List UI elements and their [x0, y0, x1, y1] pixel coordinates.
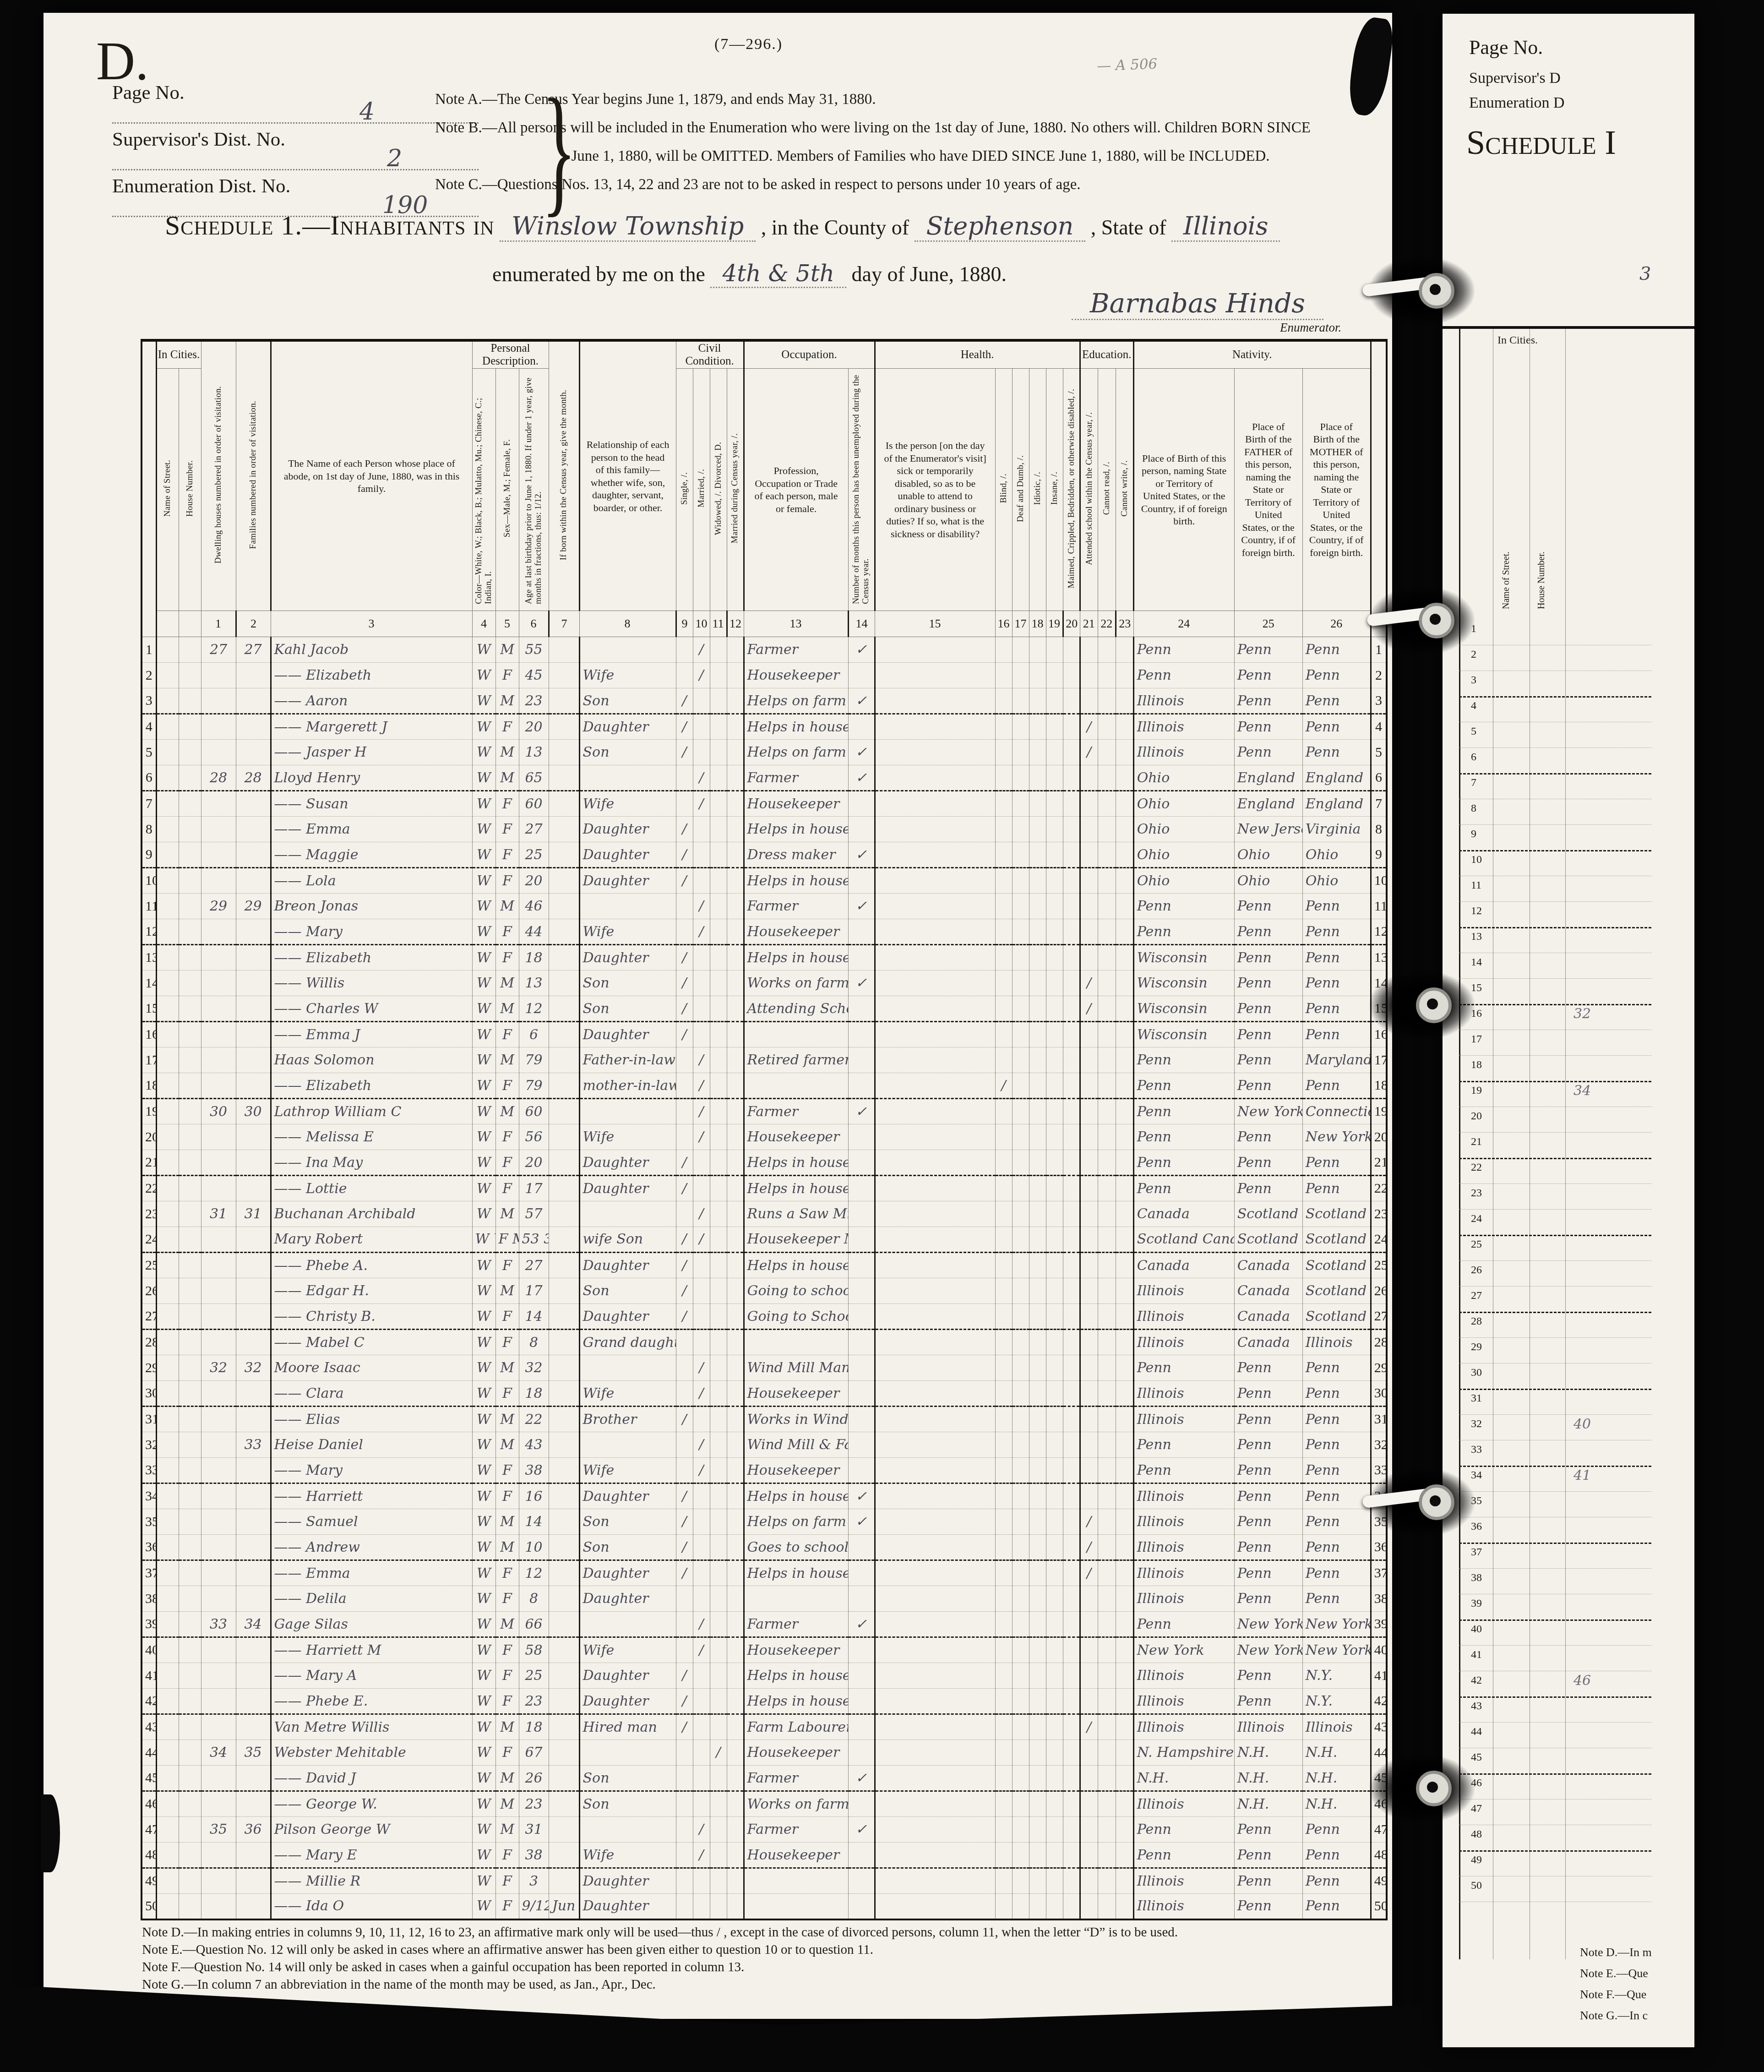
- cell-sick: [875, 971, 995, 996]
- cell-e21: /: [1080, 740, 1098, 765]
- cell-mt: Penn: [1302, 945, 1371, 971]
- cell-sx: M: [495, 1612, 519, 1637]
- cell-f: Penn: [1234, 1124, 1302, 1150]
- rp-row-number: 11: [1471, 879, 1481, 892]
- cell-occ: Farmer: [744, 637, 848, 663]
- cell-name: —— Elizabeth: [271, 945, 472, 971]
- cell-dw: [201, 1304, 236, 1330]
- column-number: 26: [1302, 611, 1371, 637]
- cell-mc: [727, 1176, 744, 1201]
- rp-row: 31: [1459, 1389, 1651, 1415]
- cell-w: [710, 1150, 727, 1176]
- cell-m: [693, 1740, 710, 1766]
- cell-ln: 22: [142, 1176, 156, 1201]
- cell-c: W: [472, 1560, 495, 1586]
- cell-ln: 25: [142, 1253, 156, 1278]
- cell-f: N.H.: [1234, 1740, 1302, 1766]
- cell-mc: [727, 1560, 744, 1586]
- census-record-row: 33—— MaryWF38Wife/HousekeeperPennPennPen…: [142, 1458, 1387, 1483]
- cell-dw: [201, 1586, 236, 1612]
- rp-row: 27: [1459, 1286, 1651, 1313]
- census-record-row: 8—— EmmaWF27Daughter/Helps in houseOhioN…: [142, 817, 1387, 842]
- cell-rn: 36: [1371, 1535, 1387, 1560]
- cell-b: Illinois: [1133, 1535, 1234, 1560]
- cell-un: [848, 1330, 875, 1355]
- cell-w: [710, 1047, 727, 1073]
- supervisor-dist-label: Supervisor's Dist. No.: [112, 129, 285, 150]
- cell-h19: [1046, 1073, 1063, 1099]
- cell-s: /: [676, 996, 693, 1022]
- cell-h18: [1029, 663, 1046, 688]
- cell-f: Penn: [1234, 945, 1302, 971]
- rp-row: 6: [1459, 747, 1651, 774]
- cell-age: 8: [519, 1586, 549, 1612]
- cell-occ: Farmer: [744, 894, 848, 919]
- col-deaf-dumb-header: Deaf and Dumb, /.: [1012, 369, 1029, 611]
- cell-occ: Helps in house: [744, 817, 848, 842]
- cell-sick: [875, 1843, 995, 1868]
- cell-rn: 2: [1371, 663, 1387, 688]
- cell-e23: [1116, 919, 1133, 945]
- cell-house: [179, 945, 201, 971]
- cell-mo: [549, 1560, 579, 1586]
- cell-occ: Going to School: [744, 1304, 848, 1330]
- cell-h17: [1012, 1663, 1029, 1689]
- cell-ln: 27: [142, 1304, 156, 1330]
- cell-m: [693, 1253, 710, 1278]
- cell-h20: [1063, 868, 1080, 894]
- cell-mc: [727, 971, 744, 996]
- cell-c: W: [472, 1817, 495, 1843]
- cell-h20: [1063, 1817, 1080, 1843]
- main-census-page: D. (7—296.) — A 506 Page No. 4 Superviso…: [44, 13, 1392, 2019]
- cell-occ: [744, 1073, 848, 1099]
- cell-w: [710, 1714, 727, 1740]
- cell-s: [676, 765, 693, 791]
- census-record-row: 15—— Charles WWM12Son/Attending School/W…: [142, 996, 1387, 1022]
- cell-e23: [1116, 1689, 1133, 1714]
- cell-h20: [1063, 919, 1080, 945]
- group-health: Health.: [875, 340, 1080, 369]
- cell-mc: [727, 791, 744, 817]
- cell-dw: [201, 1714, 236, 1740]
- cell-fam: [236, 1766, 271, 1791]
- state-value: Illinois: [1171, 212, 1280, 242]
- census-record-row: 2—— ElizabethWF45Wife/HousekeeperPennPen…: [142, 663, 1387, 688]
- cell-mo: [549, 1381, 579, 1407]
- cell-mt: Penn: [1302, 996, 1371, 1022]
- cell-e21: [1080, 1586, 1098, 1612]
- rp-row-number: 38: [1471, 1572, 1482, 1584]
- cell-sick: [875, 1509, 995, 1535]
- cell-w: [710, 1304, 727, 1330]
- cell-h17: [1012, 1099, 1029, 1124]
- cell-occ: Farmer: [744, 1612, 848, 1637]
- cell-h17: [1012, 1637, 1029, 1663]
- census-record-row: 40—— Harriett MWF58Wife/HousekeeperNew Y…: [142, 1637, 1387, 1663]
- cell-s: /: [676, 868, 693, 894]
- cell-sx: F: [495, 663, 519, 688]
- cell-mc: [727, 1817, 744, 1843]
- cell-c: W: [472, 1689, 495, 1714]
- cell-h17: [1012, 1894, 1029, 1919]
- cell-m: [693, 945, 710, 971]
- cell-mc: [727, 688, 744, 714]
- cell-f: Penn: [1234, 1381, 1302, 1407]
- cell-occ: Helps on farm: [744, 1509, 848, 1535]
- cell-un: [848, 1637, 875, 1663]
- cell-rn: 7: [1371, 791, 1387, 817]
- cell-mo: [549, 817, 579, 842]
- cell-b: New York: [1133, 1637, 1234, 1663]
- cell-h17: [1012, 1766, 1029, 1791]
- cell-street: [156, 842, 179, 868]
- rp-row: 23: [1459, 1183, 1651, 1210]
- cell-e21: [1080, 688, 1098, 714]
- cell-h17: [1012, 1201, 1029, 1227]
- cell-ln: 2: [142, 663, 156, 688]
- census-record-row: 27—— Christy B.WF14Daughter/Going to Sch…: [142, 1304, 1387, 1330]
- cell-house: [179, 1766, 201, 1791]
- cell-s: [676, 1817, 693, 1843]
- column-number: 21: [1080, 611, 1098, 637]
- cell-mc: [727, 894, 744, 919]
- cell-house: [179, 1714, 201, 1740]
- cell-e23: [1116, 1740, 1133, 1766]
- cell-h20: [1063, 1407, 1080, 1432]
- cell-f: Penn: [1234, 1432, 1302, 1458]
- cell-s: /: [676, 1253, 693, 1278]
- cell-rn: 42: [1371, 1689, 1387, 1714]
- cell-street: [156, 688, 179, 714]
- cell-sick: [875, 1355, 995, 1381]
- cell-age: 56: [519, 1124, 549, 1150]
- cell-e22: [1098, 1714, 1116, 1740]
- pencil-annotation: — A 506: [1096, 56, 1157, 75]
- cell-h17: [1012, 1432, 1029, 1458]
- cell-m: /: [693, 1637, 710, 1663]
- cell-h20: [1063, 1150, 1080, 1176]
- cell-sx: M: [495, 1047, 519, 1073]
- cell-age: 14: [519, 1304, 549, 1330]
- rp-row-number: 18: [1471, 1059, 1482, 1071]
- cell-mo: [549, 637, 579, 663]
- col-widowed-header: Widowed, /. Divorced, D.: [710, 369, 727, 611]
- cell-e21: [1080, 1740, 1098, 1766]
- cell-dw: [201, 1047, 236, 1073]
- cell-b: Illinois: [1133, 1791, 1234, 1817]
- cell-un: [848, 1201, 875, 1227]
- cell-c: W: [472, 1330, 495, 1355]
- cell-mt: Scotland: [1302, 1227, 1371, 1253]
- cell-mc: [727, 1330, 744, 1355]
- cell-b: Ohio: [1133, 765, 1234, 791]
- col-father-birthplace-header: Place of Birth of the FATHER of this per…: [1234, 369, 1302, 611]
- cell-f: N.H.: [1234, 1766, 1302, 1791]
- cell-m: /: [693, 1843, 710, 1868]
- rp-row-number: 37: [1471, 1546, 1482, 1559]
- cell-h19: [1046, 1663, 1063, 1689]
- cell-h20: [1063, 1047, 1080, 1073]
- cell-sick: [875, 1586, 995, 1612]
- cell-h16: [995, 919, 1012, 945]
- cell-dw: [201, 996, 236, 1022]
- cell-occ: Retired farmer: [744, 1047, 848, 1073]
- cell-w: [710, 1817, 727, 1843]
- cell-h18: [1029, 1791, 1046, 1817]
- cell-f: Penn: [1234, 1689, 1302, 1714]
- cell-dw: [201, 945, 236, 971]
- cell-h17: [1012, 791, 1029, 817]
- cell-street: [156, 791, 179, 817]
- cell-h19: [1046, 1047, 1063, 1073]
- cell-sick: [875, 714, 995, 740]
- rp-row-number: 27: [1471, 1290, 1482, 1302]
- cell-h17: [1012, 1304, 1029, 1330]
- cell-h19: [1046, 1894, 1063, 1919]
- cell-h18: [1029, 868, 1046, 894]
- cell-name: —— Samuel: [271, 1509, 472, 1535]
- cell-h18: [1029, 1355, 1046, 1381]
- cell-rel: Grand daughter: [579, 1330, 676, 1355]
- cell-e22: [1098, 1817, 1116, 1843]
- cell-h19: [1046, 1124, 1063, 1150]
- census-record-row: 13—— ElizabethWF18Daughter/Helps in hous…: [142, 945, 1387, 971]
- cell-sick: [875, 1432, 995, 1458]
- cell-h17: [1012, 1176, 1029, 1201]
- cell-sick: [875, 1201, 995, 1227]
- cell-sick: [875, 1022, 995, 1047]
- cell-c: W: [472, 1509, 495, 1535]
- cell-sx: M: [495, 1407, 519, 1432]
- rp-row: 7: [1459, 773, 1651, 799]
- state-label: , State of: [1091, 216, 1166, 239]
- cell-s: /: [676, 1176, 693, 1201]
- cell-e22: [1098, 1407, 1116, 1432]
- cell-mo: [549, 1407, 579, 1432]
- cell-name: Van Metre Willis: [271, 1714, 472, 1740]
- cell-h18: [1029, 945, 1046, 971]
- cell-sick: [875, 740, 995, 765]
- cell-mo: [549, 1612, 579, 1637]
- cell-m: /: [693, 1817, 710, 1843]
- col-sickness-header: Is the person [on the day of the Enumera…: [875, 369, 995, 611]
- rp-row-number: 50: [1471, 1880, 1482, 1892]
- cell-mt: Penn: [1302, 1535, 1371, 1560]
- cell-m: /: [693, 1124, 710, 1150]
- cell-street: [156, 714, 179, 740]
- cell-h19: [1046, 791, 1063, 817]
- cell-h19: [1046, 945, 1063, 971]
- census-record-row: 393334Gage SilasWM66/Farmer✓PennNew York…: [142, 1612, 1387, 1637]
- cell-occ: Helps in house: [744, 1150, 848, 1176]
- cell-mt: Ohio: [1302, 868, 1371, 894]
- cell-e23: [1116, 1509, 1133, 1535]
- cell-s: [676, 791, 693, 817]
- cell-h20: [1063, 1560, 1080, 1586]
- cell-sick: [875, 1868, 995, 1894]
- cell-h19: [1046, 971, 1063, 996]
- cell-s: [676, 1458, 693, 1483]
- cell-age: 13: [519, 971, 549, 996]
- cell-sx: M: [495, 1535, 519, 1560]
- cell-e22: [1098, 1663, 1116, 1689]
- cell-mo: [549, 996, 579, 1022]
- cell-house: [179, 1304, 201, 1330]
- cell-street: [156, 1560, 179, 1586]
- cell-street: [156, 1047, 179, 1073]
- cell-occ: Housekeeper: [744, 1458, 848, 1483]
- cell-f: Penn: [1234, 1560, 1302, 1586]
- cell-e23: [1116, 1843, 1133, 1868]
- cell-occ: Helps in house: [744, 1689, 848, 1714]
- cell-street: [156, 1176, 179, 1201]
- cell-fam: [236, 1124, 271, 1150]
- cell-mo: [549, 1304, 579, 1330]
- rp-header-scribble: 3: [1639, 263, 1651, 284]
- cell-dw: [201, 1124, 236, 1150]
- cell-h19: [1046, 868, 1063, 894]
- cell-sick: [875, 1150, 995, 1176]
- cell-mt: Penn: [1302, 1150, 1371, 1176]
- cell-occ: Farmer: [744, 1817, 848, 1843]
- rp-row: 44: [1459, 1722, 1651, 1748]
- cell-occ: Helps in house: [744, 1560, 848, 1586]
- cell-un: [848, 663, 875, 688]
- cell-h16: [995, 1150, 1012, 1176]
- rp-row: 3240: [1459, 1414, 1651, 1440]
- rp-row: 11: [1459, 876, 1651, 902]
- cell-c: W: [472, 1381, 495, 1407]
- cell-sick: [875, 1227, 995, 1253]
- cell-fam: [236, 1458, 271, 1483]
- rp-row: 45: [1459, 1748, 1651, 1775]
- cell-e21: [1080, 1817, 1098, 1843]
- cell-fam: [236, 1560, 271, 1586]
- cell-sick: [875, 868, 995, 894]
- cell-f: Penn: [1234, 1022, 1302, 1047]
- cell-dw: 33: [201, 1612, 236, 1637]
- cell-f: Penn: [1234, 714, 1302, 740]
- census-record-row: 35—— SamuelWM14Son/Helps on farm✓/Illino…: [142, 1509, 1387, 1535]
- cell-age: 53 30: [519, 1227, 549, 1253]
- cell-mt: Scotland: [1302, 1278, 1371, 1304]
- cell-name: —— Mary: [271, 1458, 472, 1483]
- cell-e22: [1098, 1637, 1116, 1663]
- cell-rel: [579, 1355, 676, 1381]
- cell-b: Scotland Canada: [1133, 1227, 1234, 1253]
- cell-mo: [549, 1663, 579, 1689]
- cell-rn: 28: [1371, 1330, 1387, 1355]
- cell-h16: [995, 1458, 1012, 1483]
- cell-fam: [236, 1278, 271, 1304]
- cell-h20: [1063, 971, 1080, 996]
- cell-f: Penn: [1234, 1509, 1302, 1535]
- cell-mt: N.H.: [1302, 1740, 1371, 1766]
- cell-un: [848, 1894, 875, 1919]
- col-house-number-header: House Number.: [179, 369, 201, 611]
- cell-mo: [549, 1355, 579, 1381]
- cell-h19: [1046, 1407, 1063, 1432]
- cell-occ: Going to school: [744, 1278, 848, 1304]
- cell-w: [710, 842, 727, 868]
- cell-dw: [201, 1791, 236, 1817]
- cell-f: New York: [1234, 1099, 1302, 1124]
- cell-mc: [727, 1124, 744, 1150]
- cell-rn: 20: [1371, 1124, 1387, 1150]
- cell-rel: Wife: [579, 919, 676, 945]
- cell-m: /: [693, 1355, 710, 1381]
- cell-sick: [875, 996, 995, 1022]
- cell-h18: [1029, 1894, 1046, 1919]
- cell-c: W W: [472, 1227, 495, 1253]
- cell-h18: [1029, 1047, 1046, 1073]
- cell-un: [848, 1535, 875, 1560]
- cell-fam: [236, 663, 271, 688]
- cell-un: [848, 945, 875, 971]
- cell-m: [693, 714, 710, 740]
- cell-e22: [1098, 1073, 1116, 1099]
- column-number: 1: [201, 611, 236, 637]
- cell-e23: [1116, 1868, 1133, 1894]
- cell-fam: 30: [236, 1099, 271, 1124]
- group-nativity: Nativity.: [1133, 340, 1371, 369]
- cell-e23: [1116, 1612, 1133, 1637]
- cell-b: Penn: [1133, 1432, 1234, 1458]
- cell-h19: [1046, 765, 1063, 791]
- rp-row: 21: [1459, 1132, 1651, 1159]
- cell-age: 27: [519, 817, 549, 842]
- cell-sx: M: [495, 971, 519, 996]
- rp-row-number: 30: [1471, 1367, 1482, 1379]
- cell-h17: [1012, 1843, 1029, 1868]
- cell-m: /: [693, 1458, 710, 1483]
- page-no-label: Page No.: [112, 82, 185, 104]
- column-number: 19: [1046, 611, 1063, 637]
- cell-mt: N.Y.: [1302, 1689, 1371, 1714]
- cell-c: W: [472, 1894, 495, 1919]
- cell-dw: 27: [201, 637, 236, 663]
- cell-h19: [1046, 1432, 1063, 1458]
- cell-f: Canada: [1234, 1304, 1302, 1330]
- cell-m: /: [693, 1099, 710, 1124]
- census-record-row: 112929Breon JonasWM46/Farmer✓PennPennPen…: [142, 894, 1387, 919]
- cell-f: Penn: [1234, 637, 1302, 663]
- cell-mt: Penn: [1302, 688, 1371, 714]
- cell-h16: [995, 1766, 1012, 1791]
- cell-fam: [236, 1586, 271, 1612]
- cell-h18: [1029, 1432, 1046, 1458]
- rp-row-number: 24: [1471, 1213, 1482, 1225]
- cell-mc: [727, 1047, 744, 1073]
- cell-street: [156, 1022, 179, 1047]
- cell-mt: Penn: [1302, 1483, 1371, 1509]
- cell-house: [179, 996, 201, 1022]
- cell-age: 17: [519, 1176, 549, 1201]
- cell-occ: Farmer: [744, 1766, 848, 1791]
- cell-sick: [875, 791, 995, 817]
- cell-m: [693, 1868, 710, 1894]
- cell-e21: [1080, 1253, 1098, 1278]
- cell-name: Breon Jonas: [271, 894, 472, 919]
- cell-sx: F: [495, 919, 519, 945]
- cell-e21: /: [1080, 996, 1098, 1022]
- cell-mo: [549, 1227, 579, 1253]
- cell-sx: F: [495, 1330, 519, 1355]
- cell-ln: 45: [142, 1766, 156, 1791]
- cell-name: Kahl Jacob: [271, 637, 472, 663]
- cell-h18: [1029, 637, 1046, 663]
